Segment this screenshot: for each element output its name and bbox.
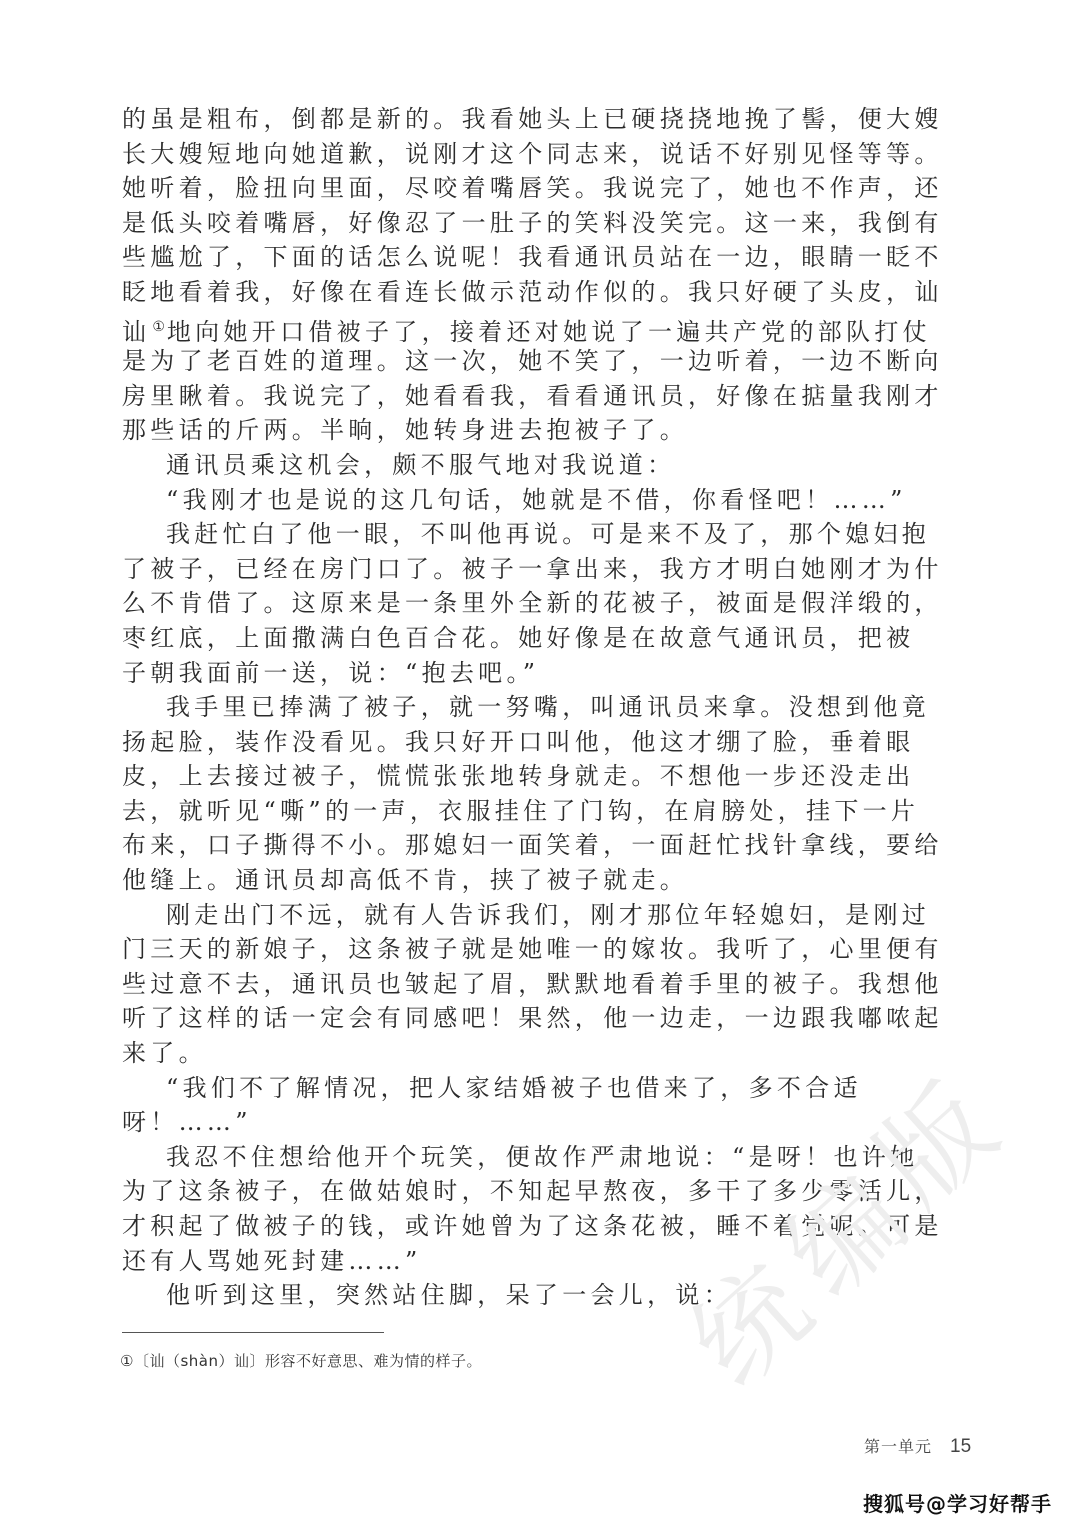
text-segment: 么不肯借了。这原来是一条里外全新的花被子，被面是假洋缎的， [122, 589, 943, 617]
text-segment: 些尴尬了，下面的话怎么说呢！我看通讯员站在一边，眼睛一眨不 [122, 243, 943, 271]
text-line: 我忍不住想给他开个玩笑，便故作严肃地说：“是呀！也许她 [122, 1140, 754, 1175]
unit-label: 第一单元 [864, 1437, 932, 1456]
text-segment: 了被子，已经在房门口了。被子一拿出来，我方才明白她刚才为什 [122, 555, 943, 583]
text-line: 去，就听见“嘶”的一声，衣服挂住了门钩，在肩膀处，挂下一片 [122, 794, 754, 829]
text-line: 还有人骂她死封建……” [122, 1244, 754, 1279]
text-segment: 布来，口子撕得不小。那媳妇一面笑着，一面赶忙找针拿线，要给 [122, 831, 943, 859]
text-line: 些过意不去，通讯员也皱起了眉，默默地看着手里的被子。我想他 [122, 967, 754, 1002]
text-line: 的虽是粗布，倒都是新的。我看她头上已硬挠挠地挽了髻，便大嫂 [122, 102, 754, 137]
text-segment: 才积起了做被子的钱，或许她曾为了这条花被，睡不着觉呢。可是 [122, 1212, 943, 1240]
text-line: 房里瞅着。我说完了，她看看我，看看通讯员，好像在掂量我刚才 [122, 379, 754, 414]
text-segment: “我刚才也是说的这几句话，她就是不借，你看怪吧！……” [166, 486, 907, 514]
text-line: 是为了老百姓的道理。这一次，她不笑了，一边听着，一边不断向 [122, 344, 754, 379]
text-segment: 门三天的新娘子，这条被子就是她唯一的嫁妆。我听了，心里便有 [122, 935, 943, 963]
text-line: 些尴尬了，下面的话怎么说呢！我看通讯员站在一边，眼睛一眨不 [122, 240, 754, 275]
text-segment: 讪 [122, 318, 150, 346]
text-segment: 听了这样的话一定会有同感吧！果然，他一边走，一边跟我嘟哝起 [122, 1004, 943, 1032]
text-line: 长大嫂短地向她道歉，说刚才这个同志来，说话不好别见怪等等。 [122, 137, 754, 172]
text-line: 他听到这里，突然站住脚，呆了一会儿，说： [122, 1278, 754, 1313]
text-line: 呀！……” [122, 1105, 754, 1140]
text-segment: 呀！……” [122, 1108, 252, 1136]
text-segment: 他缝上。通讯员却高低不肯，挟了被子就走。 [122, 866, 688, 894]
text-line: 布来，口子撕得不小。那媳妇一面笑着，一面赶忙找针拿线，要给 [122, 828, 754, 863]
text-line: “我们不了解情况，把人家结婚被子也借来了，多不合适 [122, 1071, 754, 1106]
text-segment: 那些话的斤两。半晌，她转身进去抱被子了。 [122, 416, 688, 444]
text-segment: 她听着，脸扭向里面，尽咬着嘴唇笑。我说完了，她也不作声，还 [122, 174, 943, 202]
text-segment: 地向她开口借被子了，接着还对她说了一遍共产党的部队打仗 [167, 318, 931, 346]
page-footer: 第一单元15 [864, 1434, 971, 1458]
text-line: 通讯员乘这机会，颇不服气地对我说道： [122, 448, 754, 483]
text-line: 了被子，已经在房门口了。被子一拿出来，我方才明白她刚才为什 [122, 552, 754, 587]
text-line: 枣红底，上面撒满白色百合花。她好像是在故意气通讯员，把被 [122, 621, 754, 656]
text-line: 子朝我面前一送，说：“抱去吧。” [122, 656, 754, 691]
text-segment: 通讯员乘这机会，颇不服气地对我说道： [166, 451, 675, 479]
text-segment: 我手里已捧满了被子，就一努嘴，叫通讯员来拿。没想到他竟 [166, 693, 930, 721]
page-number: 15 [950, 1436, 971, 1457]
text-line: “我刚才也是说的这几句话，她就是不借，你看怪吧！……” [122, 483, 754, 518]
text-line: 讪①地向她开口借被子了，接着还对她说了一遍共产党的部队打仗 [122, 310, 754, 345]
text-line: 我赶忙白了他一眼，不叫他再说。可是来不及了，那个媳妇抱 [122, 517, 754, 552]
footnote-reference[interactable]: ① [152, 319, 165, 335]
text-segment: 的虽是粗布，倒都是新的。我看她头上已硬挠挠地挽了髻，便大嫂 [122, 105, 943, 133]
footnote: ①〔讪（shàn）讪〕形容不好意思、难为情的样子。 [120, 1350, 482, 1371]
text-line: 眨地看着我，好像在看连长做示范动作似的。我只好硬了头皮，讪 [122, 275, 754, 310]
text-segment: 刚走出门不远，就有人告诉我们，刚才那位年轻媳妇，是刚过 [166, 901, 930, 929]
text-line: 听了这样的话一定会有同感吧！果然，他一边走，一边跟我嘟哝起 [122, 1001, 754, 1036]
text-line: 来了。 [122, 1036, 754, 1071]
source-credit: 搜狐号@学习好帮手 [863, 1488, 1052, 1517]
text-segment: 子朝我面前一送，说：“抱去吧。” [122, 659, 539, 687]
text-segment: 还有人骂她死封建……” [122, 1247, 422, 1275]
footnote-divider [122, 1332, 384, 1333]
text-segment: “我们不了解情况，把人家结婚被子也借来了，多不合适 [166, 1074, 862, 1102]
text-segment: 长大嫂短地向她道歉，说刚才这个同志来，说话不好别见怪等等。 [122, 140, 943, 168]
text-segment: 来了。 [122, 1039, 207, 1067]
text-line: 门三天的新娘子，这条被子就是她唯一的嫁妆。我听了，心里便有 [122, 932, 754, 967]
text-line: 才积起了做被子的钱，或许她曾为了这条花被，睡不着觉呢。可是 [122, 1209, 754, 1244]
text-line: 皮，上去接过被子，慌慌张张地转身就走。不想他一步还没走出 [122, 759, 754, 794]
text-line: 他缝上。通讯员却高低不肯，挟了被子就走。 [122, 863, 754, 898]
text-line: 是低头咬着嘴唇，好像忍了一肚子的笑料没笑完。这一来，我倒有 [122, 206, 754, 241]
text-line: 她听着，脸扭向里面，尽咬着嘴唇笑。我说完了，她也不作声，还 [122, 171, 754, 206]
text-segment: 扬起脸，装作没看见。我只好开口叫他，他这才绷了脸，垂着眼 [122, 728, 914, 756]
watermark-char: 版 [836, 1043, 1023, 1234]
text-segment: 是为了老百姓的道理。这一次，她不笑了，一边听着，一边不断向 [122, 347, 943, 375]
text-segment: 我赶忙白了他一眼，不叫他再说。可是来不及了，那个媳妇抱 [166, 520, 930, 548]
text-line: 我手里已捧满了被子，就一努嘴，叫通讯员来拿。没想到他竟 [122, 690, 754, 725]
text-segment: 些过意不去，通讯员也皱起了眉，默默地看着手里的被子。我想他 [122, 970, 943, 998]
text-line: 那些话的斤两。半晌，她转身进去抱被子了。 [122, 413, 754, 448]
text-segment: 房里瞅着。我说完了，她看看我，看看通讯员，好像在掂量我刚才 [122, 382, 943, 410]
text-line: 为了这条被子，在做姑娘时，不知起早熬夜，多干了多少零活儿， [122, 1174, 754, 1209]
text-segment: 是低头咬着嘴唇，好像忍了一肚子的笑料没笑完。这一来，我倒有 [122, 209, 943, 237]
text-line: 么不肯借了。这原来是一条里外全新的花被子，被面是假洋缎的， [122, 586, 754, 621]
text-segment: 皮，上去接过被子，慌慌张张地转身就走。不想他一步还没走出 [122, 762, 914, 790]
text-segment: 枣红底，上面撒满白色百合花。她好像是在故意气通讯员，把被 [122, 624, 914, 652]
text-segment: 去，就听见“嘶”的一声，衣服挂住了门钩，在肩膀处，挂下一片 [122, 797, 919, 825]
text-segment: 我忍不住想给他开个玩笑，便故作严肃地说：“是呀！也许她 [166, 1143, 918, 1171]
text-line: 刚走出门不远，就有人告诉我们，刚才那位年轻媳妇，是刚过 [122, 898, 754, 933]
text-segment: 他听到这里，突然站住脚，呆了一会儿，说： [166, 1281, 732, 1309]
text-line: 扬起脸，装作没看见。我只好开口叫他，他这才绷了脸，垂着眼 [122, 725, 754, 760]
page-body-text: 的虽是粗布，倒都是新的。我看她头上已硬挠挠地挽了髻，便大嫂长大嫂短地向她道歉，说… [122, 102, 754, 1313]
text-segment: 眨地看着我，好像在看连长做示范动作似的。我只好硬了头皮，讪 [122, 278, 943, 306]
text-segment: 为了这条被子，在做姑娘时，不知起早熬夜，多干了多少零活儿， [122, 1177, 943, 1205]
